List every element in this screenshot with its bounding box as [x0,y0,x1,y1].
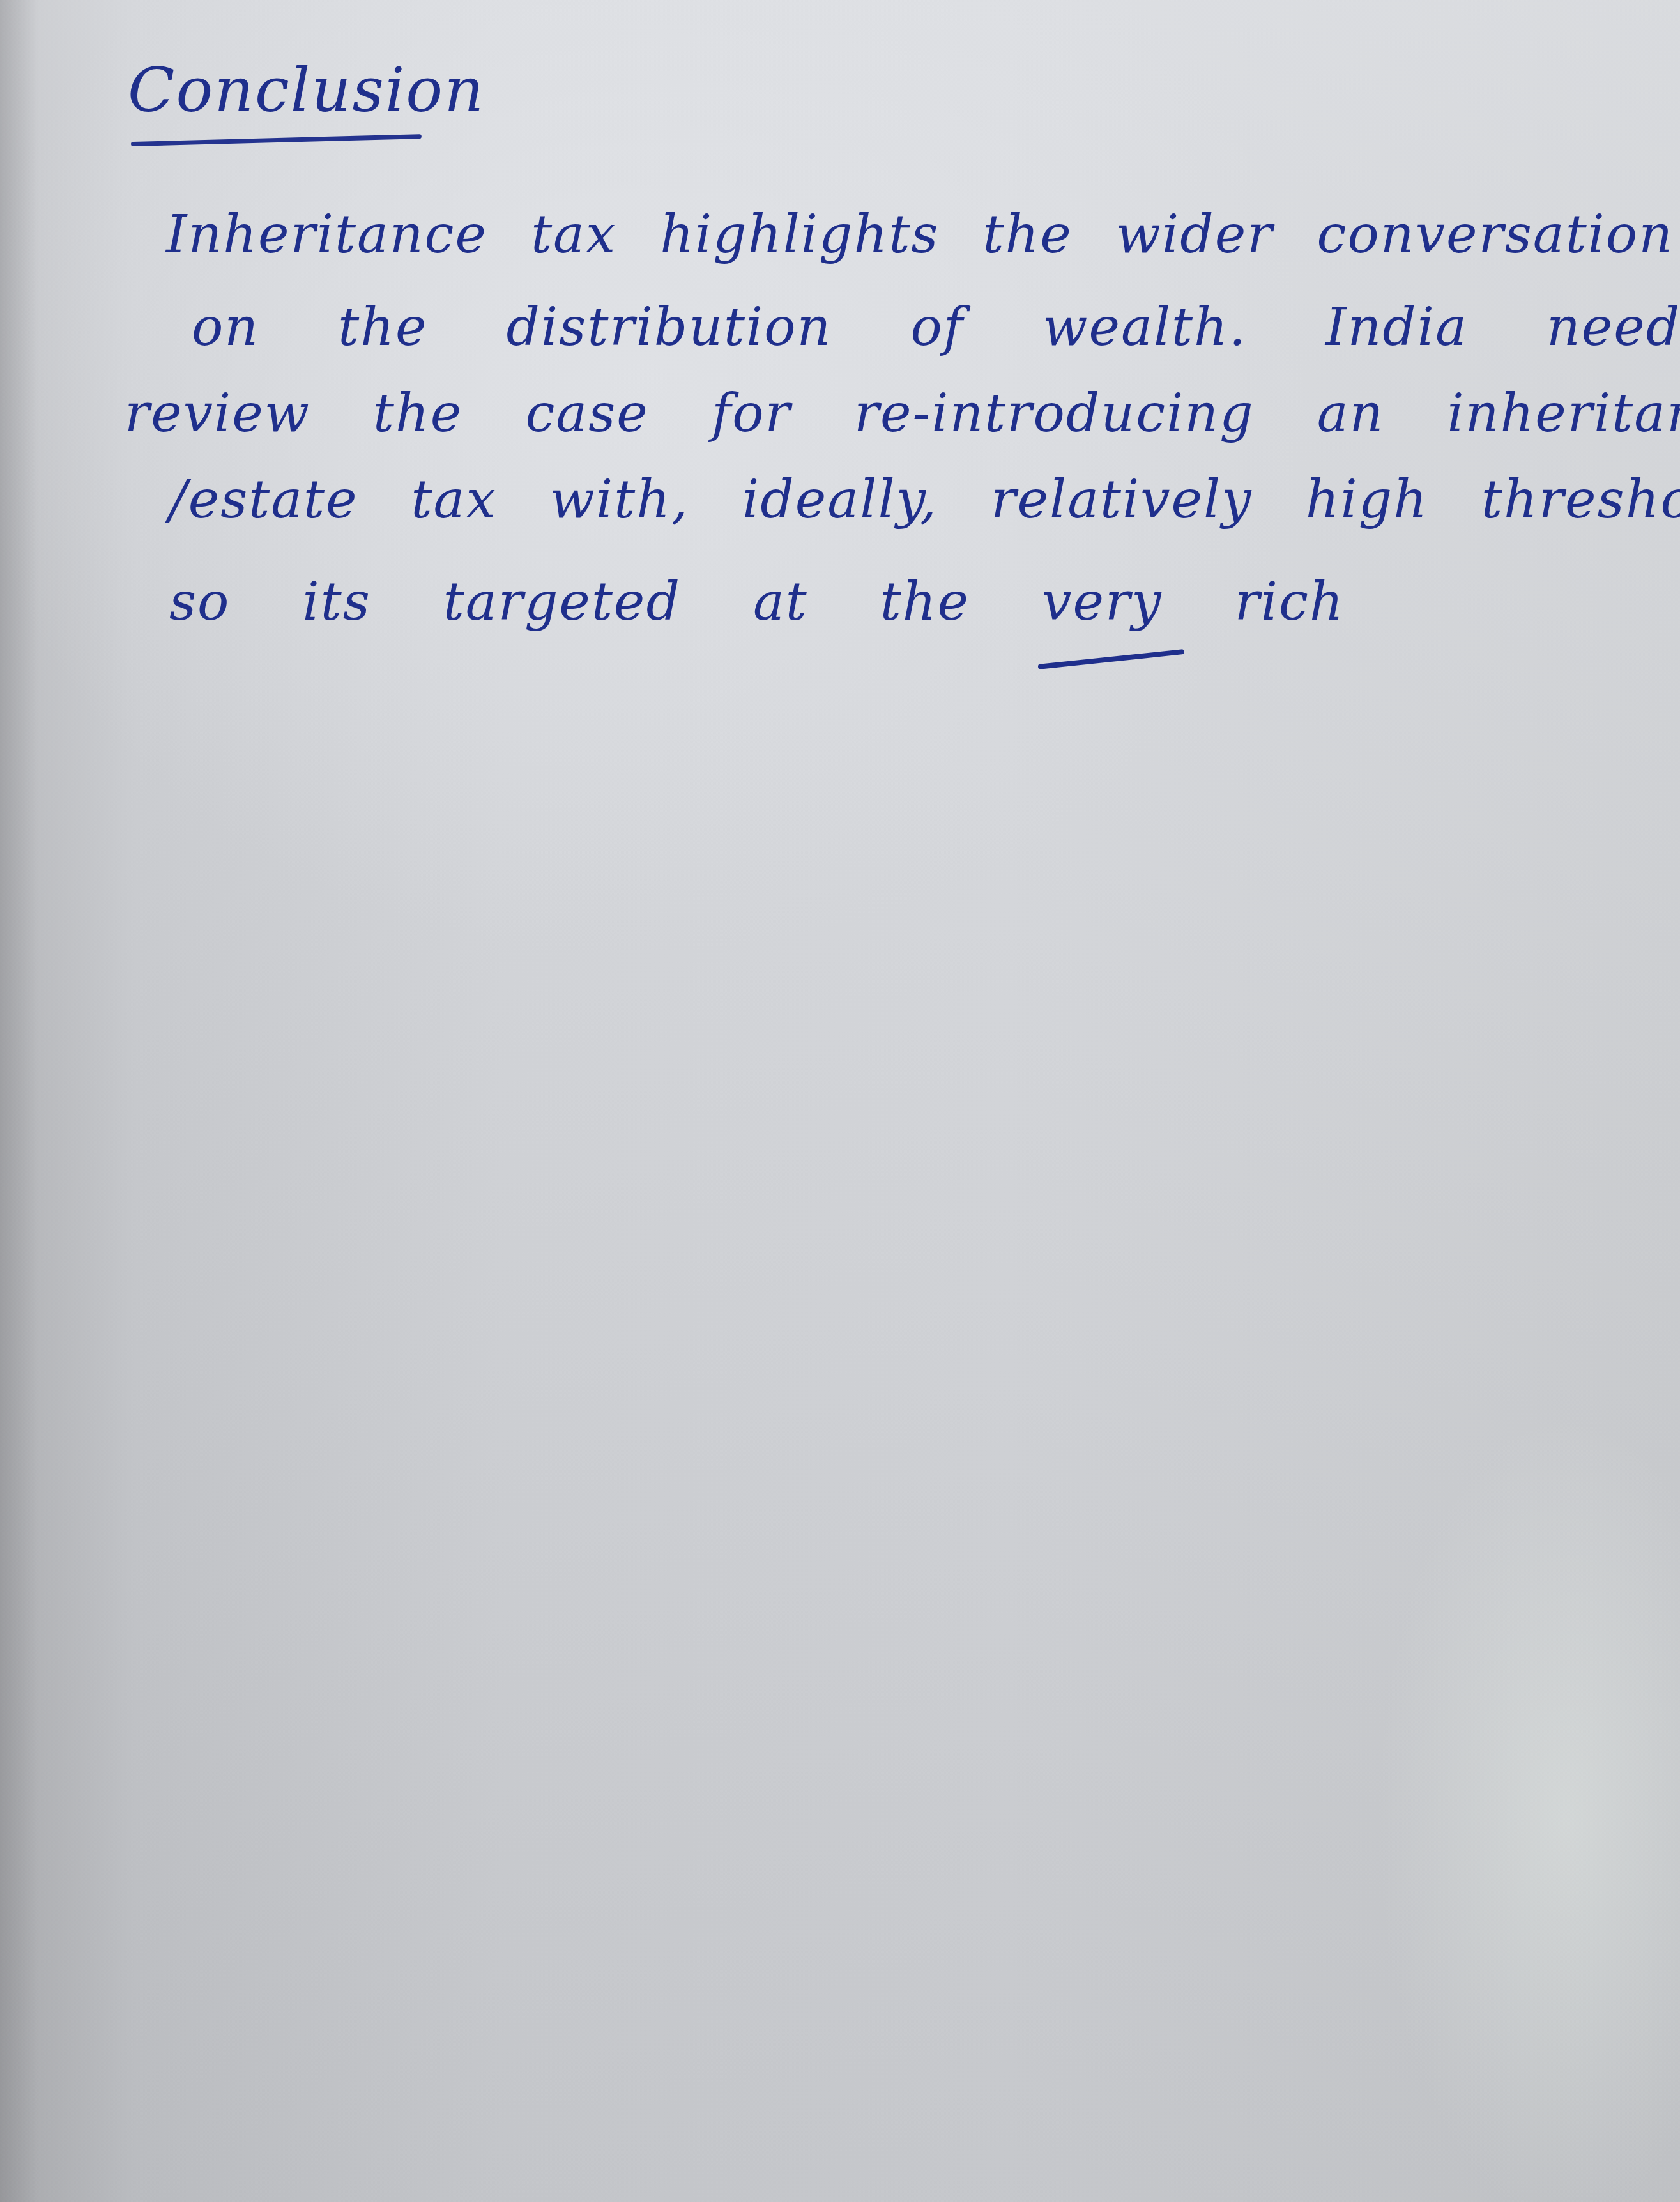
page-edge-shadow [0,0,38,2202]
text-line-5: so its targeted at the very rich [169,572,1345,632]
text-line-1: Inheritance tax highlights the wider con… [166,204,1674,265]
text-line-3: review the case for re-introducing an in… [125,383,1680,444]
text-line-4: /estate tax with, ideally, relatively hi… [169,470,1680,530]
heading-conclusion: Conclusion [128,54,485,126]
text-line-2: on the distribution of wealth. India nee… [192,297,1680,358]
